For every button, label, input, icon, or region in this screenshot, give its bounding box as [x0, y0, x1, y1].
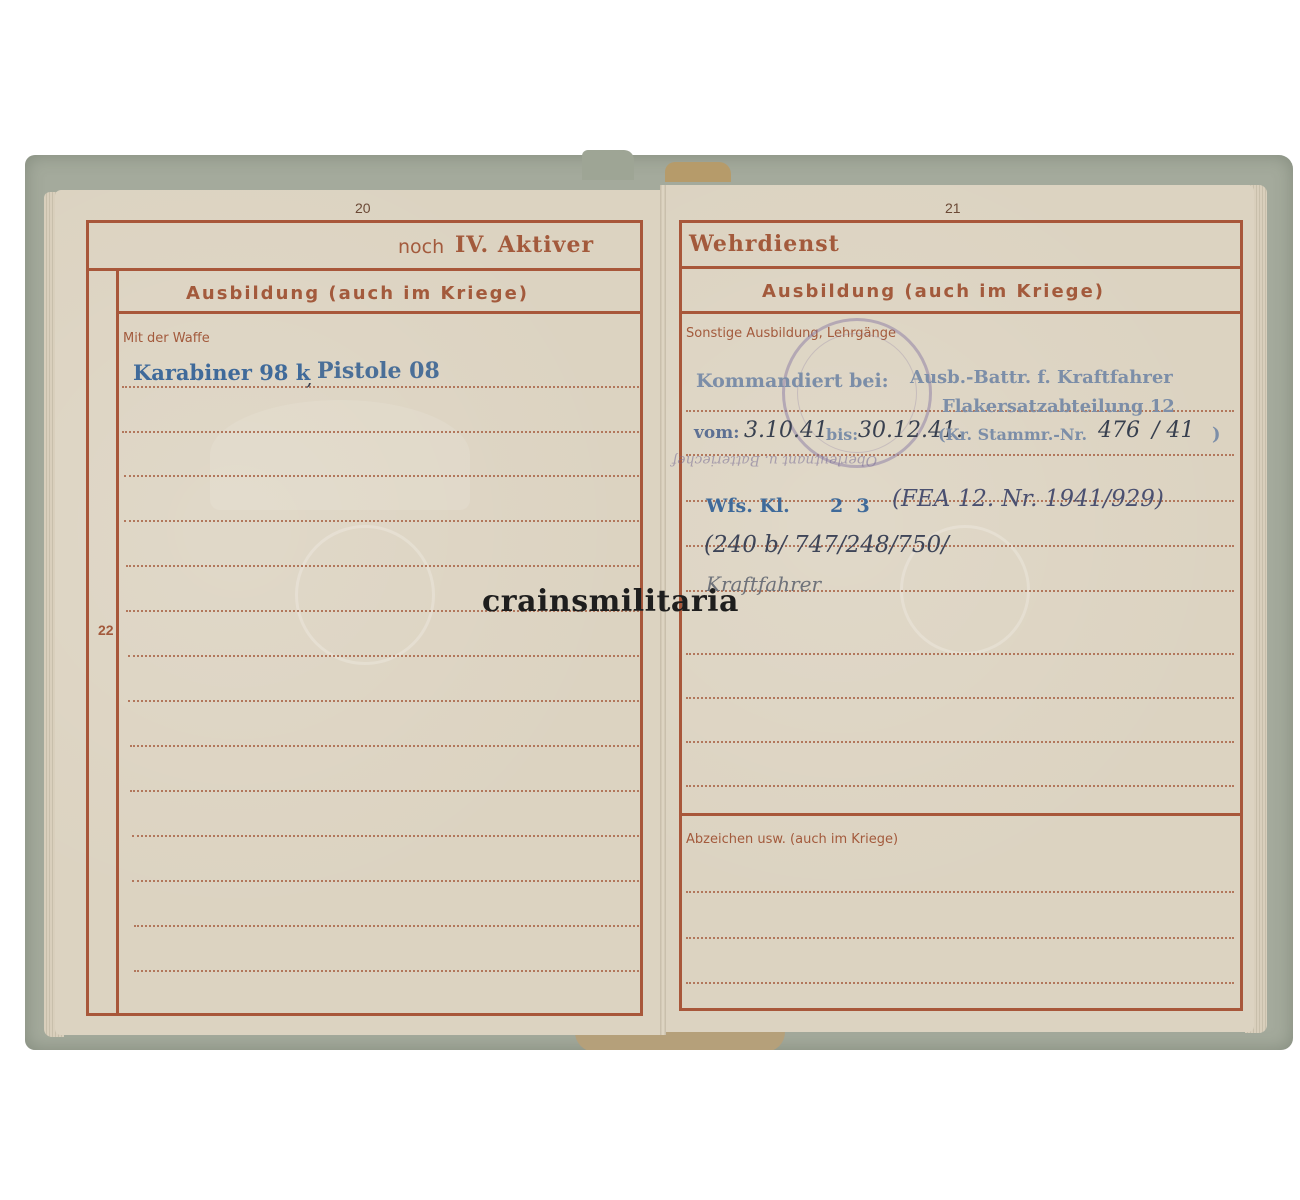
license-class-label: Wfs. Kl.: [706, 495, 790, 517]
roll-number-label: (Kr. Stammr.-Nr.: [938, 425, 1087, 444]
roll-close: ): [1212, 424, 1221, 445]
title-band-divider: [86, 268, 643, 271]
unit-round-stamp: [782, 318, 932, 468]
writing-line: [122, 431, 639, 433]
badges-section-divider: [679, 813, 1243, 816]
section-header-right: Ausbildung (auch im Kriege): [762, 281, 1105, 302]
entry-separator: ,: [306, 366, 312, 390]
spine-fragment: [665, 162, 731, 182]
cover-tab: [582, 150, 634, 180]
writing-line: [122, 386, 639, 388]
weapon-entry-pistole: Pistole 08: [317, 358, 440, 384]
section-header-divider: [116, 311, 643, 314]
roll-year: / 41: [1152, 418, 1194, 443]
writing-line: [686, 982, 1234, 984]
writing-line: [130, 790, 639, 792]
from-date: 3.10.41: [744, 418, 828, 443]
writing-line: [134, 925, 639, 927]
background-gap: [20, 1050, 1300, 1200]
page-number-right: 21: [945, 200, 961, 216]
title-band-divider: [679, 266, 1243, 269]
writing-line: [124, 520, 639, 522]
weapon-entry-karabiner: Karabiner 98 k: [133, 360, 310, 385]
license-numbers: (240 b/ 747/248/750/: [704, 532, 949, 558]
commanded-unit-line-2: Flakersatzabteilung 12: [942, 396, 1175, 417]
badges-label: Abzeichen usw. (auch im Kriege): [686, 832, 898, 847]
section-title-right: Wehrdienst: [689, 231, 840, 257]
officer-stamp-text: Oberleutnant u. Batteriechef: [672, 452, 877, 468]
writing-line: [132, 835, 639, 837]
writing-line: [130, 745, 639, 747]
section-header-left: Ausbildung (auch im Kriege): [186, 283, 529, 304]
writing-line: [686, 785, 1234, 787]
page-number-left: 20: [355, 200, 371, 216]
field-label-weapon: Mit der Waffe: [123, 331, 210, 346]
writing-line: [126, 565, 639, 567]
left-margin-column: [116, 268, 119, 1016]
writing-line: [686, 891, 1234, 893]
writing-line: [134, 970, 639, 972]
commanded-label: Kommandiert bei:: [696, 370, 889, 392]
roll-number: 476: [1098, 418, 1140, 443]
writing-line: [128, 700, 639, 702]
margin-number: 22: [98, 622, 114, 638]
license-classes: 2 3: [830, 495, 870, 517]
writing-line: [686, 741, 1234, 743]
writing-line: [128, 655, 639, 657]
to-label: bis:: [826, 425, 858, 444]
section-title-left: IV. Aktiver: [455, 232, 594, 258]
writing-line: [124, 475, 639, 477]
title-prefix: noch: [398, 236, 444, 258]
writing-line: [132, 880, 639, 882]
section-header-divider: [679, 311, 1243, 314]
writing-line: [686, 937, 1234, 939]
writing-line: [686, 697, 1234, 699]
writing-line: [686, 653, 1234, 655]
commanded-unit-line-1: Ausb.-Battr. f. Kraftfahrer: [910, 367, 1173, 388]
seller-watermark: crainsmilitaria: [482, 584, 739, 619]
license-reference: (FEA 12. Nr. 1941/929): [892, 486, 1164, 512]
from-label: vom:: [694, 423, 739, 443]
